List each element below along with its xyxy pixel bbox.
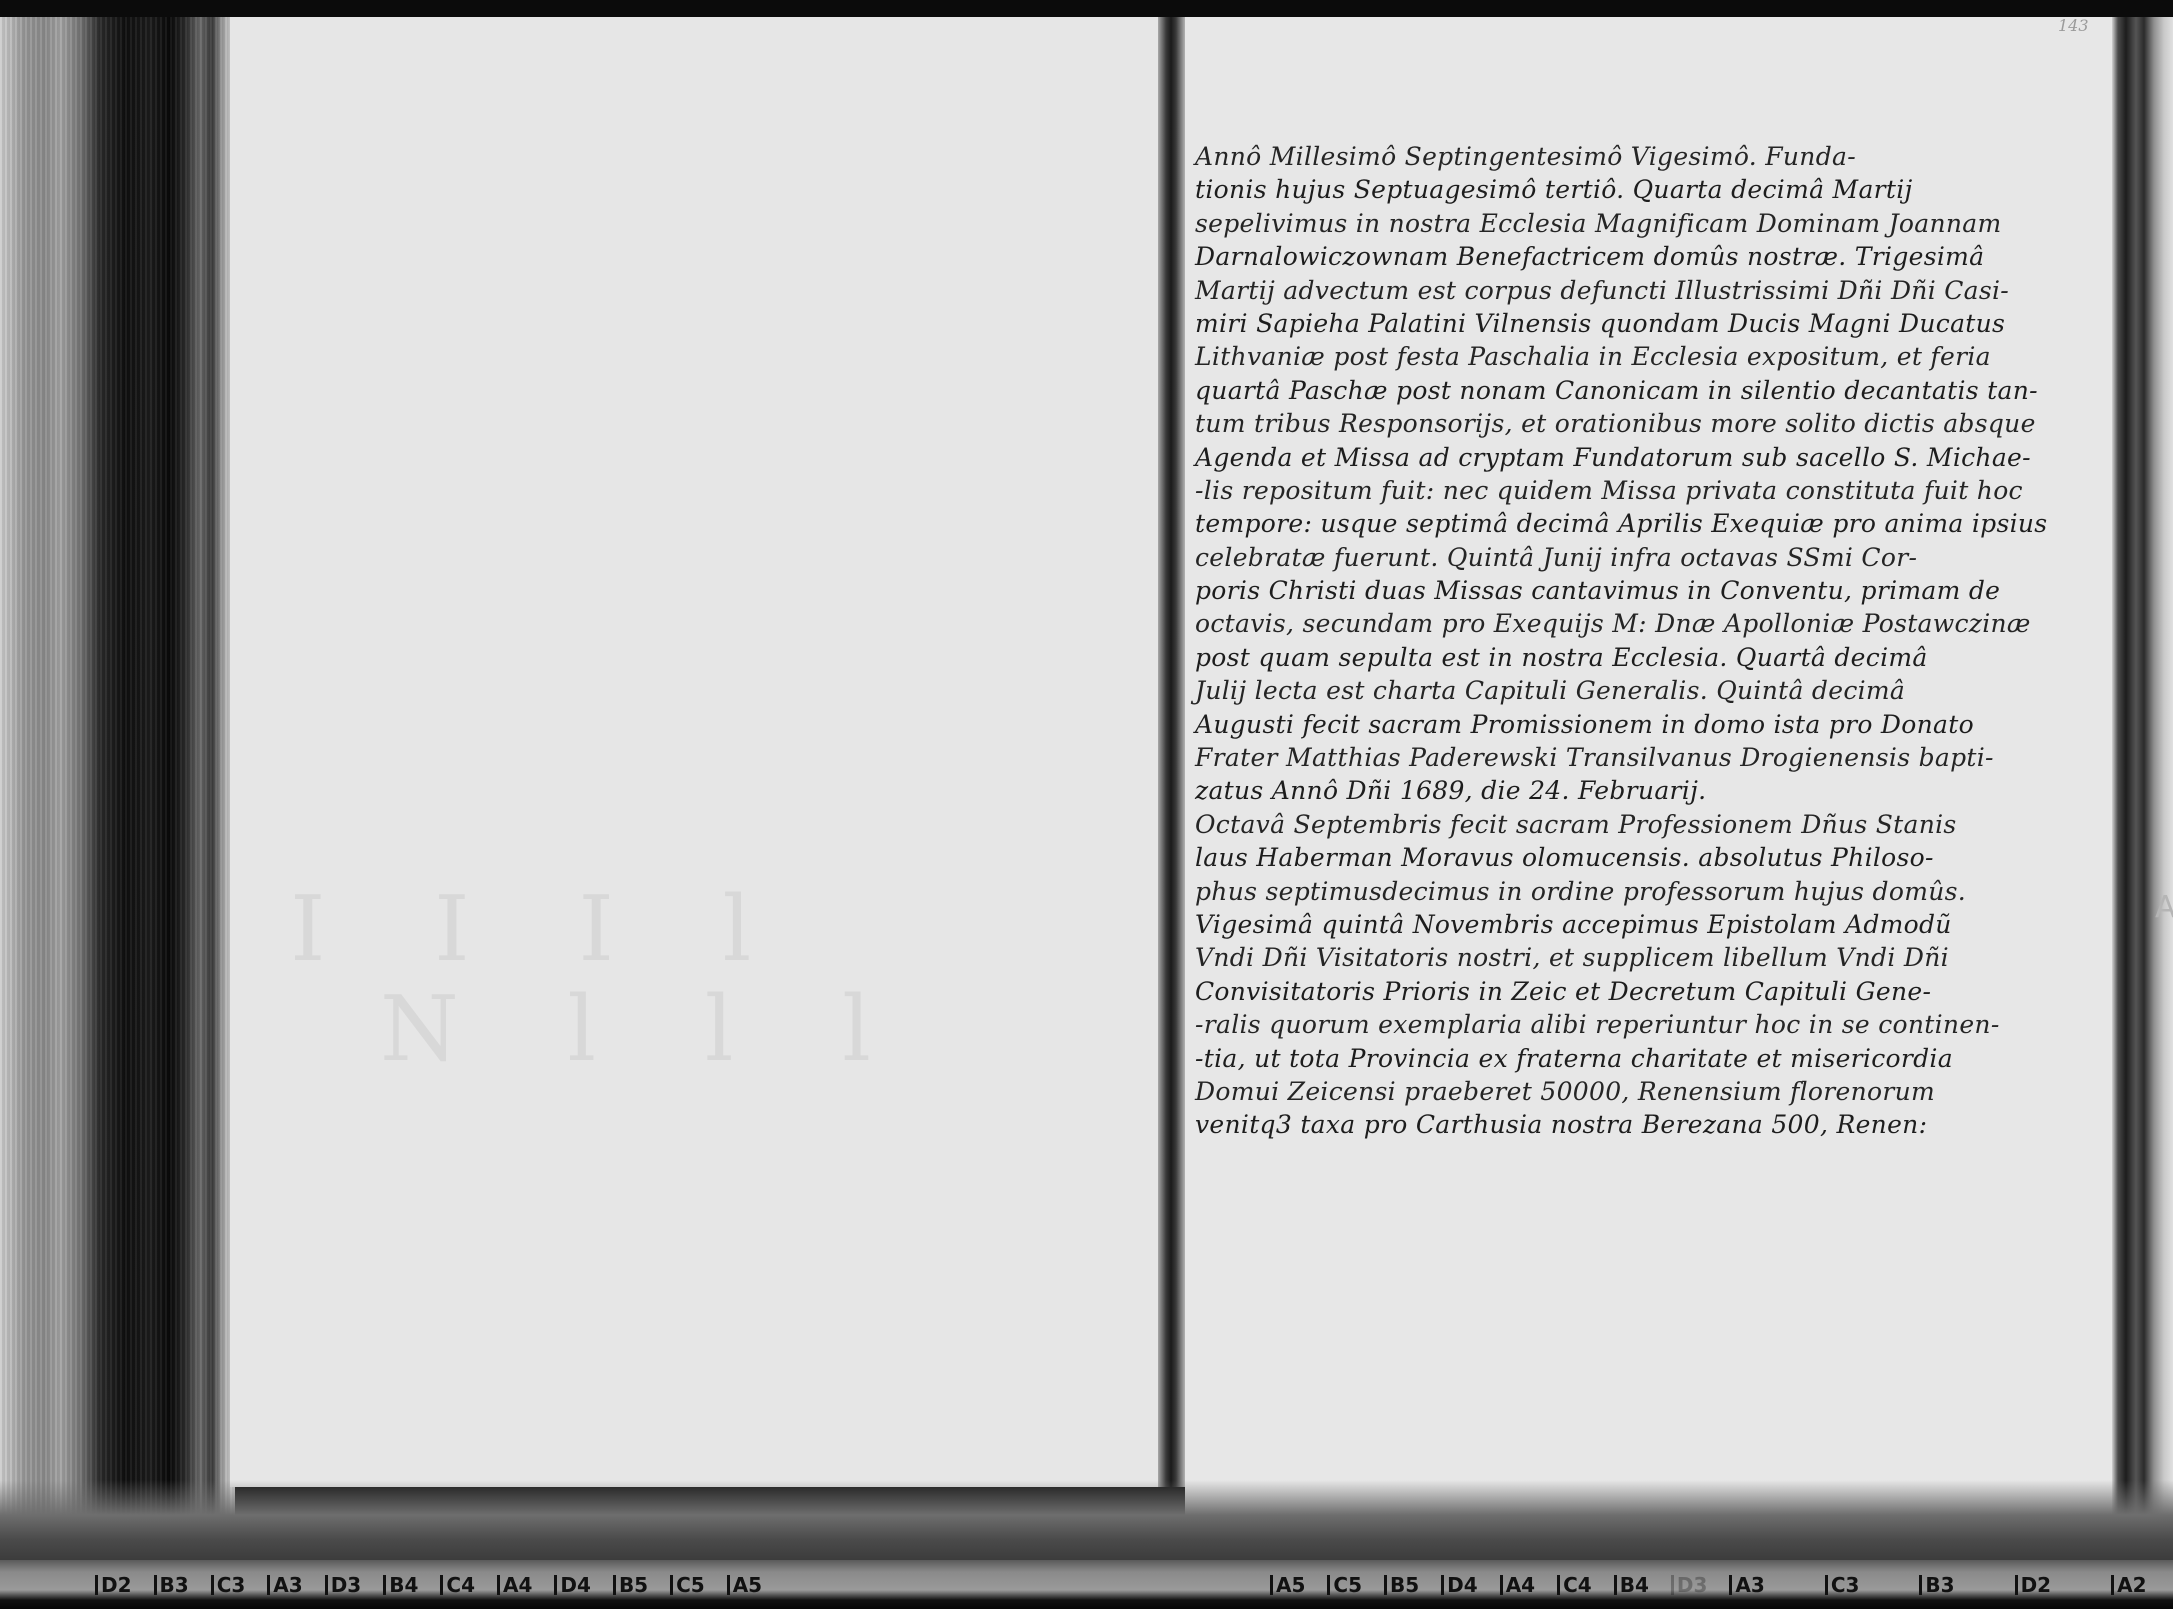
book-page-edges-left [0, 17, 235, 1547]
manuscript-line: Darnalowiczownam Benefactricem domûs nos… [1195, 240, 2025, 273]
film-top-border [0, 0, 2173, 17]
manuscript-line: Agenda et Missa ad cryptam Fundatorum su… [1195, 441, 2025, 474]
manuscript-line: quartâ Paschæ post nonam Canonicam in si… [1195, 374, 2025, 407]
manuscript-line: Vigesimâ quintâ Novembris accepimus Epis… [1195, 908, 2025, 941]
bleed-through-text: N l l l [380, 977, 911, 1082]
page-number: 143 [2058, 16, 2089, 35]
target-mark: D4 [1441, 1575, 1478, 1595]
manuscript-line: Augusti fecit sacram Promissionem in dom… [1195, 708, 2025, 741]
manuscript-line: venitq3 taxa pro Carthusia nostra Bereza… [1195, 1108, 2025, 1141]
manuscript-line: Vndi Dñi Visitatoris nostri, et supplice… [1195, 941, 2025, 974]
target-mark: D2 [95, 1575, 132, 1595]
manuscript-line: post quam sepulta est in nostra Ecclesia… [1195, 641, 2025, 674]
book-gutter [1158, 17, 1188, 1487]
manuscript-line: octavis, secundam pro Exequijs M: Dnæ Ap… [1195, 607, 2025, 640]
target-mark: B3 [154, 1575, 189, 1595]
target-mark: A3 [1729, 1575, 1764, 1595]
target-mark: D4 [554, 1575, 591, 1595]
target-mark: B3 [1919, 1575, 1954, 1595]
manuscript-line: Martij advectum est corpus defuncti Illu… [1195, 274, 2025, 307]
book-page-edges-right [2112, 17, 2173, 1547]
bleed-through-text: I I I l [290, 877, 791, 982]
target-mark: C4 [1557, 1575, 1592, 1595]
side-marker: A [2155, 890, 2173, 925]
target-mark: A4 [1500, 1575, 1535, 1595]
manuscript-line: -tia, ut tota Provincia ex fraterna char… [1195, 1042, 2025, 1075]
target-mark: B5 [613, 1575, 648, 1595]
target-mark: C5 [1327, 1575, 1362, 1595]
target-mark: B5 [1384, 1575, 1419, 1595]
target-mark: A4 [497, 1575, 532, 1595]
target-mark: C5 [670, 1575, 705, 1595]
manuscript-line: tum tribus Responsorijs, et orationibus … [1195, 407, 2025, 440]
target-mark: C4 [440, 1575, 475, 1595]
manuscript-line: Domui Zeicensi praeberet 50000, Renensiu… [1195, 1075, 2025, 1108]
target-mark: A3 [267, 1575, 302, 1595]
target-mark: A2 [2111, 1575, 2146, 1595]
manuscript-text: Annô Millesimô Septingentesimô Vigesimô.… [1195, 140, 2025, 1142]
manuscript-line: laus Haberman Moravus olomucensis. absol… [1195, 841, 2025, 874]
manuscript-line: Lithvaniæ post festa Paschalia in Eccles… [1195, 340, 2025, 373]
manuscript-line: zatus Annô Dñi 1689, die 24. Februarij. [1195, 774, 2025, 807]
manuscript-line: -ralis quorum exemplaria alibi reperiunt… [1195, 1008, 2025, 1041]
target-mark: D2 [2015, 1575, 2052, 1595]
target-marks-right: A5 C5 B5 D4 A4 C4 B4 D3 A3 C3 B3 D2 A2 [1270, 1575, 2169, 1595]
target-mark: C3 [1825, 1575, 1860, 1595]
manuscript-line: Frater Matthias Paderewski Transilvanus … [1195, 741, 2025, 774]
target-mark: D3 [325, 1575, 362, 1595]
left-page-blank: I I I l N l l l [230, 17, 1160, 1487]
page-bottom-shadow [0, 1480, 2173, 1560]
target-mark: C3 [211, 1575, 246, 1595]
target-marks-left: D2 B3 C3 A3 D3 B4 C4 A4 D4 B5 C5 A5 [95, 1575, 784, 1595]
manuscript-line: tempore: usque septimâ decimâ Aprilis Ex… [1195, 507, 2025, 540]
manuscript-line: tionis hujus Septuagesimô tertiô. Quarta… [1195, 173, 2025, 206]
target-mark: B4 [1614, 1575, 1649, 1595]
target-mark: B4 [383, 1575, 418, 1595]
manuscript-line: Annô Millesimô Septingentesimô Vigesimô.… [1195, 140, 2025, 173]
manuscript-line: celebratæ fuerunt. Quintâ Junij infra oc… [1195, 541, 2025, 574]
manuscript-line: -lis repositum fuit: nec quidem Missa pr… [1195, 474, 2025, 507]
target-mark: D3 [1671, 1575, 1708, 1595]
target-mark: A5 [727, 1575, 762, 1595]
manuscript-line: poris Christi duas Missas cantavimus in … [1195, 574, 2025, 607]
manuscript-line: Octavâ Septembris fecit sacram Professio… [1195, 808, 2025, 841]
manuscript-line: sepelivimus in nostra Ecclesia Magnifica… [1195, 207, 2025, 240]
manuscript-line: Julij lecta est charta Capituli Generali… [1195, 674, 2025, 707]
manuscript-line: miri Sapieha Palatini Vilnensis quondam … [1195, 307, 2025, 340]
manuscript-line: phus septimusdecimus in ordine professor… [1195, 875, 2025, 908]
target-mark: A5 [1270, 1575, 1305, 1595]
manuscript-line: Convisitatoris Prioris in Zeic et Decret… [1195, 975, 2025, 1008]
